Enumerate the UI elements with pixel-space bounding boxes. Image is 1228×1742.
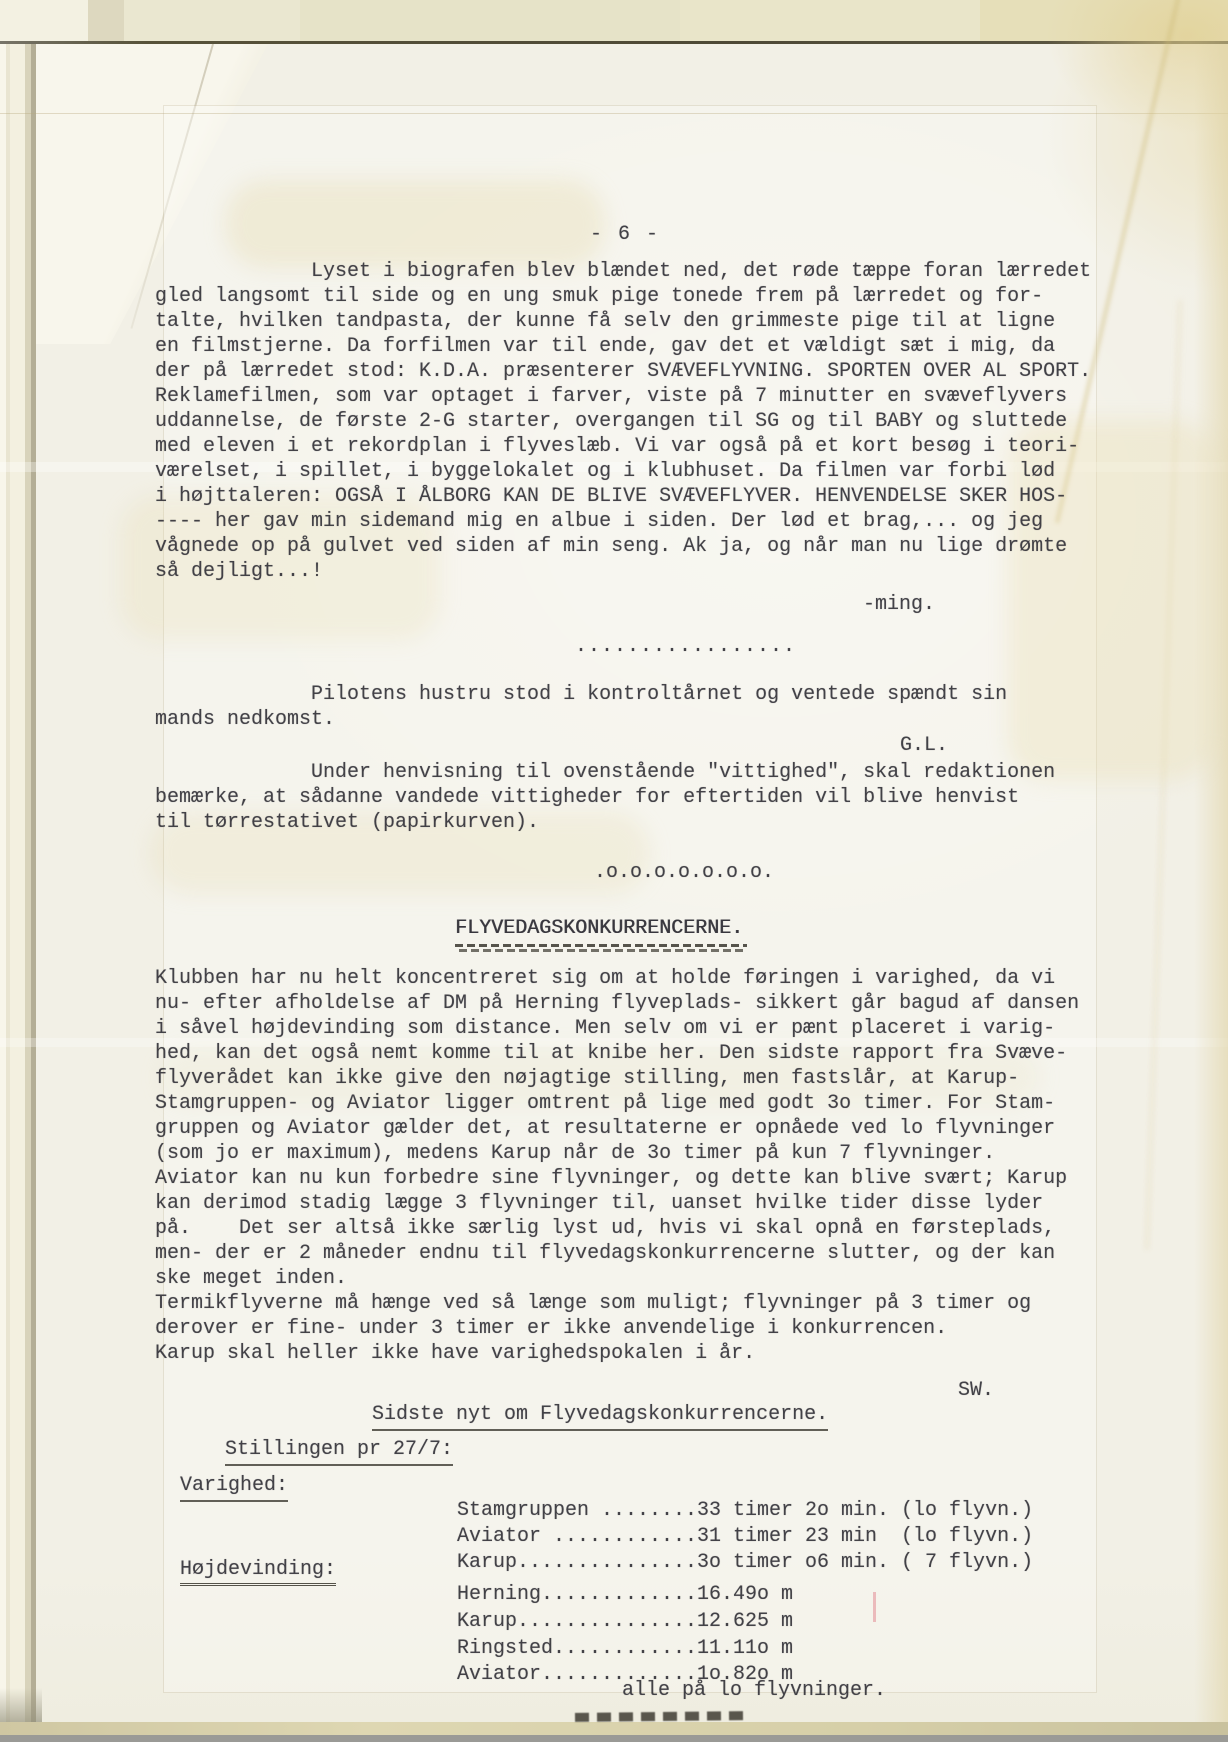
- text-line: bemærke, at sådanne vandede vittigheder …: [155, 785, 1055, 810]
- altitude-gain-label: Højdevinding:: [180, 1557, 336, 1582]
- cinema-story-signature: -ming.: [863, 592, 935, 617]
- text-line: Stamgruppen- og Aviator ligger omtrent p…: [155, 1091, 1079, 1116]
- text-line: Klubben har nu helt koncentreret sig om …: [155, 966, 1079, 991]
- text-line: så dejligt...!: [155, 559, 1091, 584]
- text-line: en filmstjerne. Da forfilmen var til end…: [155, 334, 1091, 359]
- control-tower-joke: Pilotens hustru stod i kontroltårnet og …: [155, 682, 1007, 732]
- text-line: Karup skal heller ikke have varighedspok…: [155, 1341, 1079, 1366]
- competition-signature: SW.: [958, 1378, 994, 1403]
- page-number: - 6 -: [155, 222, 1095, 247]
- text-line: nu- efter afholdelse af DM på Herning fl…: [155, 991, 1079, 1016]
- standings-footnote: alle på lo flyvninger.: [622, 1678, 886, 1703]
- text-line: Termikflyverne må hænge ved så længe som…: [155, 1291, 1079, 1316]
- cinema-story-paragraph: Lyset i biografen blev blændet ned, det …: [155, 259, 1091, 584]
- text-line: med eleven i et rekordplan i flyveslæb. …: [155, 434, 1091, 459]
- dotted-separator: .................: [575, 634, 796, 659]
- text-line: (som jo er maximum), medens Karup når de…: [155, 1141, 1079, 1166]
- article-heading-text: FLYVEDAGSKONKURRENCERNE.: [455, 917, 743, 940]
- standings-heading-text: Sidste nyt om Flyvedagskonkurrencerne.: [372, 1403, 828, 1431]
- text-line: ---- her gav min sidemand mig en albue i…: [155, 509, 1091, 534]
- text-line: til tørrestativet (papirkurven).: [155, 810, 1055, 835]
- text-line: Lyset i biografen blev blændet ned, det …: [155, 259, 1091, 284]
- text-line: uddannelse, de første 2-G starter, overg…: [155, 409, 1091, 434]
- text-line: i højttaleren: OGSÅ I ÅLBORG KAN DE BLIV…: [155, 484, 1091, 509]
- text-line: flyverådet kan ikke give den nøjagtige s…: [155, 1066, 1079, 1091]
- text-line: gruppen og Aviator gælder det, at result…: [155, 1116, 1079, 1141]
- standings-heading: Sidste nyt om Flyvedagskonkurrencerne.: [372, 1402, 828, 1427]
- text-line: Aviator kan nu kun forbedre sine flyvnin…: [155, 1166, 1079, 1191]
- text-line: der på lærredet stod: K.D.A. præsenterer…: [155, 359, 1091, 384]
- typed-content: - 6 - Lyset i biografen blev blændet ned…: [0, 0, 1228, 1742]
- joke-signature: G.L.: [900, 733, 948, 758]
- text-line: Pilotens hustru stod i kontroltårnet og …: [155, 682, 1007, 707]
- article-heading: FLYVEDAGSKONKURRENCERNE.: [455, 916, 747, 953]
- competition-paragraph: Klubben har nu helt koncentreret sig om …: [155, 966, 1079, 1366]
- standings-date-subheading: Stillingen pr 27/7:: [225, 1437, 453, 1462]
- text-line: på. Det ser altså ikke særlig lyst ud, h…: [155, 1216, 1079, 1241]
- editor-note-paragraph: Under henvisning til ovenstående "vittig…: [155, 760, 1055, 835]
- text-line: men- der er 2 måneder endnu til flyvedag…: [155, 1241, 1079, 1266]
- text-line: kan derimod stadig lægge 3 flyvninger ti…: [155, 1191, 1079, 1216]
- scanned-newsletter-page: - 6 - Lyset i biografen blev blændet ned…: [0, 0, 1228, 1742]
- text-line: derover er fine- under 3 timer er ikke a…: [155, 1316, 1079, 1341]
- text-line: Reklamefilmen, som var optaget i farver,…: [155, 384, 1091, 409]
- text-line: mands nedkomst.: [155, 707, 1007, 732]
- text-line: vågnede op på gulvet ved siden af min se…: [155, 534, 1091, 559]
- text-line: gled langsomt til side og en ung smuk pi…: [155, 284, 1091, 309]
- standings-date-text: Stillingen pr 27/7:: [225, 1438, 453, 1466]
- typewriter-dash-underline: [455, 944, 747, 953]
- duration-label: Varighed:: [180, 1473, 288, 1498]
- text-line: værelset, i spillet, i byggelokalet og i…: [155, 459, 1091, 484]
- text-line: ske meget inden.: [155, 1266, 1079, 1291]
- ring-separator: .o.o.o.o.o.o.o.: [594, 860, 774, 885]
- text-line: i såvel højdevinding som distance. Men s…: [155, 1016, 1079, 1041]
- text-line: hed, kan det også nemt komme til at knib…: [155, 1041, 1079, 1066]
- text-line: talte, hvilken tandpasta, der kunne få s…: [155, 309, 1091, 334]
- text-line: Under henvisning til ovenstående "vittig…: [155, 760, 1055, 785]
